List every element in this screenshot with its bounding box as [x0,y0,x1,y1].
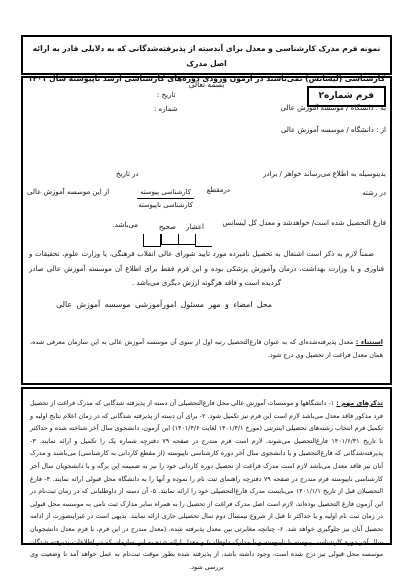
gpa-digit-cell[interactable] [195,234,212,247]
important-notes-box: تذکرهای مهم : ۱- دانشگاهها و موسسات آموز… [21,387,392,545]
form-title-box: نمونه فرم مدرک کارشناسی و معدل برای آندس… [21,35,392,75]
exception-label: استثناء : [356,338,383,346]
on-date-label: در تاریخ [116,170,139,178]
integer-part-label: صحیح [159,223,176,231]
student-name-blank-field[interactable] [150,170,240,180]
form-main-section: بسمه تعالی فرم شماره۲ تاریخ : به : دانشگ… [21,76,392,385]
form-number-label: فرم شماره۲ [319,91,374,101]
from-line: از : دانشگاه / موسسه آموزش عالی [281,126,386,134]
gpa-digit-cell[interactable] [143,234,161,247]
in-level-label: درمقطع [207,186,230,194]
degree-level-fraction: کارشناسی پیوسته کارشناسی ناپیوسته [137,187,194,210]
study-field-blank-field[interactable] [234,189,354,199]
announce-text: بدینوسیله به اطلاع می‌رساند خواهر / براد… [263,170,386,178]
form-title-line1: نمونه فرم مدرک کارشناسی و معدل برای آندس… [33,44,381,68]
gpa-digit-boxes[interactable] [143,234,212,247]
signature-stamp-line: محل امضاء و مهر مسئول امورآموزشی موسسه آ… [56,300,272,309]
decimal-part-label: اعشار [186,223,204,231]
from-institute-label: از این موسسه آموزش عالی [27,188,109,196]
important-notes-label: تذکرهای مهم : [336,399,383,407]
number-label: شماره : [154,105,178,113]
page: { "title_box": { "line1": "نمونه فرم مدر… [0,0,413,585]
level-discontinuous-label: کارشناسی ناپیوسته [137,199,194,210]
date-blank-field[interactable] [51,170,111,180]
in-field-label: در رشته [362,189,386,197]
legal-note-paragraph: ضمناً لازم به ذکر است اشتغال به تحصیل نا… [29,247,384,291]
date-label: تاریخ : [157,91,176,99]
graduated-text: فارغ التحصیل شده است/ خواهدشد و معدل کل … [223,219,386,227]
form-document: نمونه فرم مدرک کارشناسی و معدل برای آندس… [21,35,392,545]
level-continuous-label: کارشناسی پیوسته [137,187,194,199]
gpa-digit-cell[interactable] [161,234,178,245]
important-notes-paragraph: تذکرهای مهم : ۱- دانشگاهها و موسسات آموز… [30,397,383,573]
exception-text: معدل پذیرفته‌شده‌ای که به عنوان فارغ‌الت… [30,338,383,359]
exception-paragraph: استثناء : معدل پذیرفته‌شده‌ای که به عنوا… [30,336,383,362]
gpa-digit-cell[interactable] [178,234,195,245]
suffix-text: می‌باشد. [113,221,138,229]
to-line: به : دانشگاه / موسسه آموزش عالی [281,104,386,112]
